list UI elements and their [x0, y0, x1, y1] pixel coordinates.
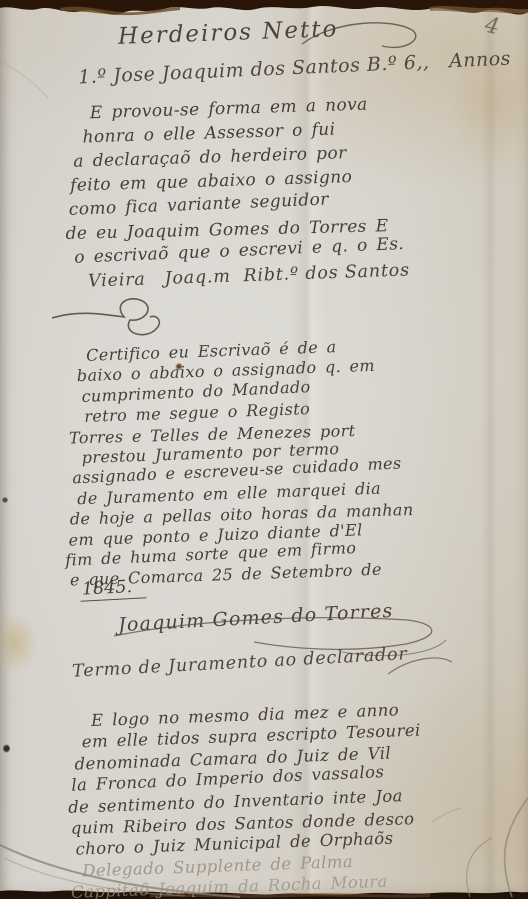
paragraph-2: Certifico eu Escrivaõ é de abaixo o abai… — [62, 333, 450, 591]
page-number: 4 — [483, 13, 502, 40]
manuscript-page: 4 Herdeiros Netto 1.º Jose Joaquim dos S… — [0, 0, 528, 899]
paragraph-3: E logo no mesmo dia mez e annoem elle ti… — [57, 697, 473, 899]
page-title: Herdeiros Netto — [118, 16, 339, 50]
right-fold-crease — [482, 0, 498, 899]
section-heading: Termo de Juramento ao declarador — [72, 644, 408, 682]
entry-line: 1.º Jose Joaquim dos Santos B.º 6,, Anno… — [78, 48, 512, 89]
paragraph-1: E provou-se forma em a novahonra o elle … — [59, 90, 454, 270]
date-1845: 1845. — [79, 576, 146, 601]
signature-2: Joaquim Gomes do Torres — [118, 600, 394, 636]
edge-speck — [2, 497, 8, 503]
rubric-flourish-icon — [52, 294, 232, 342]
left-margin-stain — [0, 612, 38, 674]
edge-speck — [3, 744, 10, 753]
